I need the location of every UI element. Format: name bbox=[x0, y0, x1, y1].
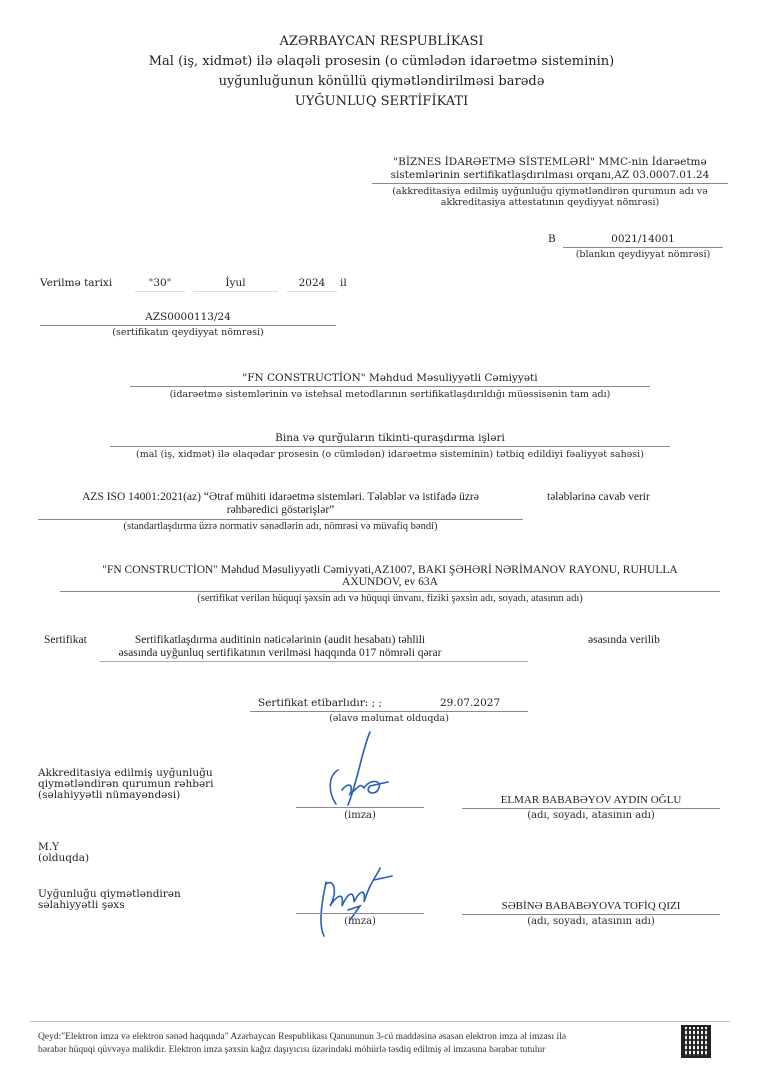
signature-1-underline bbox=[296, 807, 424, 808]
issue-date-year-underline bbox=[287, 291, 337, 292]
signatory-1-role: Akkreditasiya edilmiş uyğunluğu qiymətlə… bbox=[38, 768, 214, 801]
seal-line2: (olduqda) bbox=[38, 853, 89, 864]
holder-line1: "FN CONSTRUCTİON" Məhdud Məsuliyyətli Cə… bbox=[60, 564, 720, 576]
validity-date: 29.07.2027 bbox=[440, 697, 500, 709]
header-subtitle-2: uyğunluğunun könüllü qiymətləndirilməsi … bbox=[0, 72, 763, 92]
basis-suffix: əsasında verilib bbox=[588, 634, 660, 646]
holder-underline bbox=[60, 591, 720, 592]
header-subtitle-1: Mal (iş, xidmət) ilə əlaqəli prosesin (o… bbox=[0, 52, 763, 72]
organization-underline bbox=[130, 386, 650, 387]
scope-caption: (mal (iş, xidmət) ilə əlaqədar prosesin … bbox=[110, 449, 670, 460]
standard-suffix: tələblərinə cavab verir bbox=[547, 491, 650, 503]
certificate-number-caption: (sertifikatın qeydiyyat nömrəsi) bbox=[40, 327, 336, 338]
signature-2-icon bbox=[308, 862, 398, 940]
basis-label: Sertifikat bbox=[44, 634, 87, 646]
issue-date-month-underline bbox=[193, 291, 278, 292]
basis-line2: əsasında uyğunluq sertifikatının verilmə… bbox=[100, 647, 460, 660]
qr-code-icon[interactable] bbox=[681, 1025, 711, 1058]
basis-block: Sertifikatlaşdırma auditinin nəticələrin… bbox=[100, 634, 460, 660]
signatory-2-role-line2: səlahiyyətli şəxs bbox=[38, 900, 181, 911]
issuer-caption-line2: akkreditasiya attestatının qeydiyyat nöm… bbox=[372, 197, 728, 208]
issue-date-day-underline bbox=[135, 291, 185, 292]
standard-block: AZS ISO 14001:2021(az) “Ətraf mühiti ida… bbox=[38, 491, 523, 517]
signatory-2-role: Uyğunluğu qiymətləndirən səlahiyyətli şə… bbox=[38, 889, 181, 911]
organization-caption: (idarəetmə sistemlərinin və istehsal met… bbox=[130, 389, 650, 400]
issue-date-year: 2024 bbox=[287, 277, 337, 289]
issuer-name-line1: "BİZNES İDARƏETMƏ SİSTEMLƏRİ" MMC-nin İd… bbox=[372, 156, 728, 169]
issue-date-suffix: il bbox=[340, 277, 347, 289]
blank-prefix: B bbox=[548, 233, 556, 245]
certificate-number-underline bbox=[40, 325, 336, 326]
issue-date-day: "30" bbox=[135, 277, 185, 289]
issuer-underline bbox=[372, 183, 728, 184]
signature-1-icon bbox=[318, 730, 398, 810]
holder-line2: AXUNDOV, ev 63A bbox=[60, 576, 720, 588]
blank-underline bbox=[563, 247, 723, 248]
signature-2-caption: (imza) bbox=[296, 916, 424, 927]
certificate-header: AZƏRBAYCAN RESPUBLİKASI Mal (iş, xidmət)… bbox=[0, 32, 763, 112]
footer-note-line1: Qeyd:"Elektron imza və elektron sənəd ha… bbox=[38, 1031, 668, 1044]
header-country: AZƏRBAYCAN RESPUBLİKASI bbox=[0, 32, 763, 52]
signatory-1-name: ELMAR BABABƏYOV AYDIN OĞLU bbox=[462, 794, 720, 806]
signatory-2-name-caption: (adı, soyadı, atasının adı) bbox=[462, 916, 720, 927]
validity-caption: (əlavə məlumat olduqda) bbox=[250, 713, 528, 724]
standard-underline bbox=[38, 519, 523, 520]
header-certificate-title: UYĞUNLUQ SERTİFİKATI bbox=[0, 92, 763, 112]
basis-line1: Sertifikatlaşdırma auditinin nəticələrin… bbox=[100, 634, 460, 647]
issuer-caption: (akkreditasiya edilmiş uyğunluğu qiymətl… bbox=[372, 186, 728, 208]
standard-line2: rəhbəredici göstərişlər” bbox=[38, 504, 523, 517]
signature-2-underline bbox=[296, 913, 424, 914]
signatory-2-name: SƏBİNƏ BABABƏYOVA TOFİQ QIZI bbox=[462, 900, 720, 912]
issuer-name-line2: sistemlərinin sertifikatlaşdırılması orq… bbox=[372, 169, 728, 182]
blank-number: 0021/14001 bbox=[563, 233, 723, 245]
issue-date-month: İyul bbox=[193, 277, 278, 289]
signatory-1-role-line3: (səlahiyyətli nümayəndəsi) bbox=[38, 790, 214, 801]
validity-label: Sertifikat etibarlıdır: ; ; bbox=[258, 697, 382, 709]
validity-underline bbox=[250, 711, 528, 712]
signatory-1-name-underline bbox=[462, 808, 720, 809]
holder-caption: (sertifikat verilən hüquqi şəxsin adı və… bbox=[60, 593, 720, 604]
footer-note: Qeyd:"Elektron imza və elektron sənəd ha… bbox=[38, 1031, 668, 1057]
issuer-block: "BİZNES İDARƏETMƏ SİSTEMLƏRİ" MMC-nin İd… bbox=[372, 156, 728, 182]
footer-divider bbox=[30, 1021, 730, 1022]
signatory-2-name-underline bbox=[462, 914, 720, 915]
scope-value: Bina və qurğuların tikinti-quraşdırma iş… bbox=[110, 432, 670, 444]
standard-line1: AZS ISO 14001:2021(az) “Ətraf mühiti ida… bbox=[38, 491, 523, 504]
organization-name: "FN CONSTRUCTİON" Məhdud Məsuliyyətli Cə… bbox=[130, 372, 650, 384]
issue-date-label: Verilmə tarixi bbox=[40, 277, 112, 289]
issuer-caption-line1: (akkreditasiya edilmiş uyğunluğu qiymətl… bbox=[372, 186, 728, 197]
holder-block: "FN CONSTRUCTİON" Məhdud Məsuliyyətli Cə… bbox=[60, 564, 720, 588]
standard-caption: (standartlaşdırma üzrə normativ sənədlər… bbox=[38, 521, 523, 532]
signatory-1-name-caption: (adı, soyadı, atasının adı) bbox=[462, 810, 720, 821]
footer-note-line2: bərabər hüquqi qüvvəyə malikdir. Elektro… bbox=[38, 1044, 668, 1057]
signature-1-caption: (imza) bbox=[296, 810, 424, 821]
seal-placeholder: M.Y (olduqda) bbox=[38, 842, 89, 864]
basis-underline bbox=[100, 661, 528, 662]
certificate-number: AZS0000113/24 bbox=[40, 311, 336, 323]
scope-underline bbox=[110, 446, 670, 447]
blank-caption: (blankın qeydiyyat nömrəsi) bbox=[563, 249, 723, 260]
